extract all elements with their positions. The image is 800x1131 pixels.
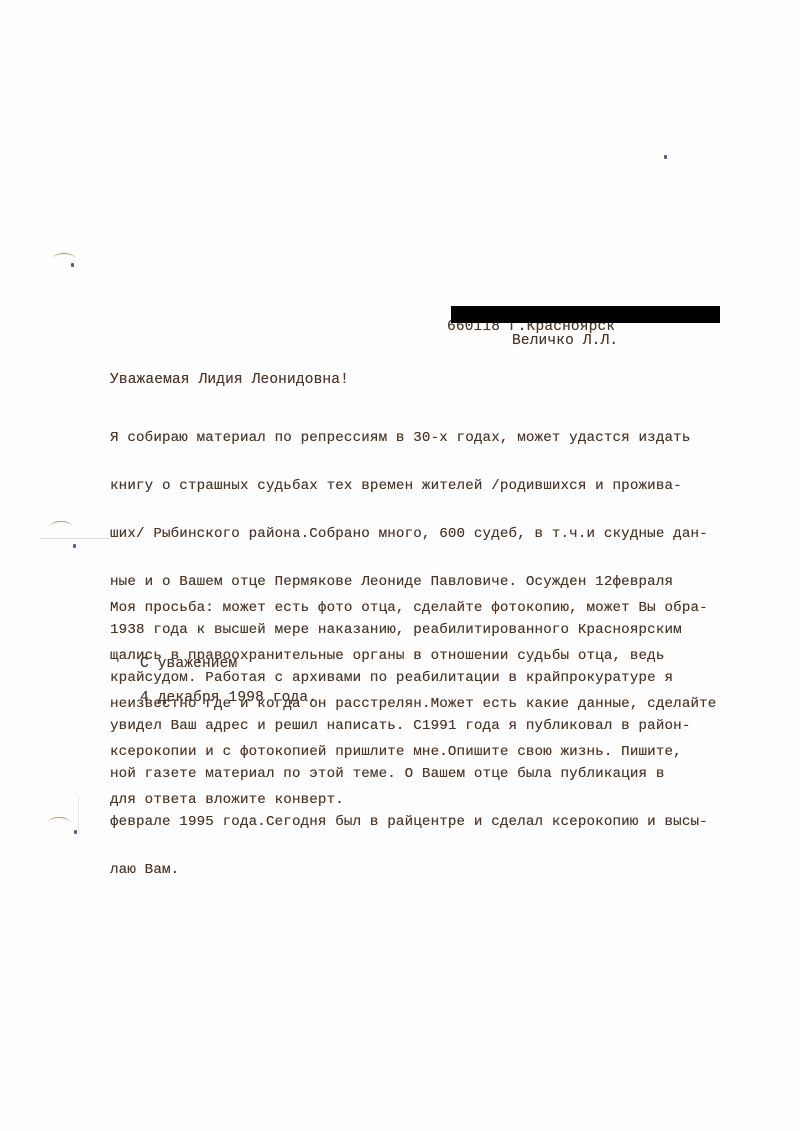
text-line: для ответа вложите конверт. [110,792,716,808]
margin-mark [48,817,70,828]
closing: С уважением [140,656,237,672]
text-line: лаю Вам. [110,862,708,878]
text-line: Моя просьба: может есть фото отца, сдела… [110,600,716,616]
salutation: Уважаемая Лидия Леонидовна! [110,372,349,388]
ink-spot [71,263,74,267]
ink-spot [664,155,667,159]
text-line: ших/ Рыбинского района.Собрано много, 60… [110,526,708,542]
margin-mark [50,521,72,532]
text-line: Я собираю материал по репрессиям в 30-х … [110,430,708,446]
letter-date: 4 декабря 1998 года. [140,690,317,706]
letter-page: 660118 г.Красноярск Величко Л.Л. Уважаем… [0,0,800,1131]
address-line-2 [447,367,615,383]
text-line: книгу о страшных судьбах тех времен жите… [110,478,708,494]
paper-crease [40,538,110,539]
ink-spot [73,544,76,548]
paper-crease [78,795,79,835]
redaction-bar [451,306,720,323]
ink-spot [74,830,77,834]
text-line: ксерокопии и с фотокопией пришлите мне.О… [110,744,716,760]
sender-name: Величко Л.Л. [512,333,618,349]
